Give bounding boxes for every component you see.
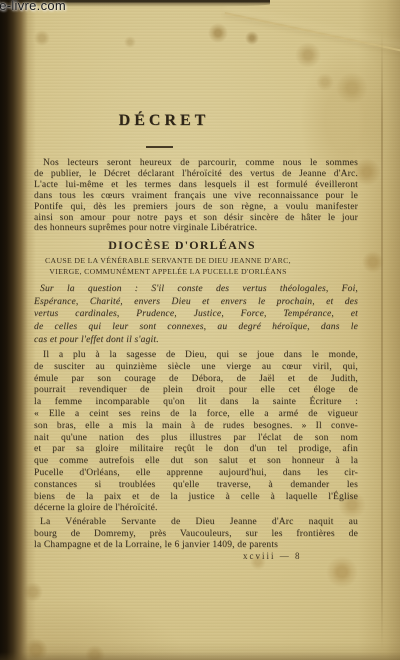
text-line: VIERGE, COMMUNÉMENT APPELÉE LA PUCELLE D… bbox=[6, 266, 330, 277]
intro-paragraph: Nos lecteurs seront heureux de parcourir… bbox=[34, 158, 358, 234]
text-line: vertus cardinales, Prudence, Justice, Fo… bbox=[34, 308, 358, 321]
text-line: CAUSE DE LA VÉNÉRABLE SERVANTE DE DIEU J… bbox=[6, 255, 330, 266]
text-line: Sur la question : S'il conste des vertus… bbox=[34, 283, 358, 296]
text-line: Pontife qui, dès les premiers jours de s… bbox=[34, 202, 358, 213]
text-line: des honneurs suprêmes pour notre virgina… bbox=[34, 223, 358, 234]
text-line: nait qu'une nation des plus illustres pa… bbox=[34, 433, 358, 445]
text-line: décerne la gloire de l'héroïcité. bbox=[34, 503, 358, 515]
book-page: le-livre.com DÉCRET Nos lecteurs seront … bbox=[0, 0, 400, 660]
birth-paragraph: La Vénérable Servante de Dieu Jeanne d'A… bbox=[34, 517, 358, 552]
text-line: de publier, le Décret déclarant l'héroïc… bbox=[34, 169, 358, 180]
text-line: L'acte lui-même et les termes dans lesqu… bbox=[34, 180, 358, 191]
text-line: émule par son courage de Débora, de Jaël… bbox=[34, 374, 358, 386]
text-line: Il a plu à la sagesse de Dieu, qui se jo… bbox=[34, 350, 358, 362]
decree-page-content: DÉCRET Nos lecteurs seront heureux de pa… bbox=[0, 0, 400, 660]
text-line: pourrait revendiquer de plein droit pour… bbox=[34, 385, 358, 397]
diocese-heading: DIOCÈSE D'ORLÉANS bbox=[20, 238, 344, 253]
text-line: la femme incomparable qu'on lit dans la … bbox=[34, 397, 358, 409]
text-line: bourg de Domremy, près Vaucouleurs, sur … bbox=[34, 529, 358, 541]
text-line: de celles qui leur sont connexes, au deg… bbox=[34, 321, 358, 334]
text-line: de susciter au quinzième siècle une vier… bbox=[34, 362, 358, 374]
text-line: la Champagne et de la Lorraine, le 6 jan… bbox=[34, 540, 358, 552]
text-line: que comme autrefois elle dut son salut e… bbox=[34, 456, 358, 468]
text-line: Pucelle d'Orléans, elle apprenne aujourd… bbox=[34, 468, 358, 480]
title-divider-rule bbox=[146, 146, 173, 148]
text-line: Nos lecteurs seront heureux de parcourir… bbox=[34, 158, 358, 169]
text-line: constances si troublées qu'elle traverse… bbox=[34, 480, 358, 492]
text-line: dans tous les cœurs vraiment français un… bbox=[34, 191, 358, 202]
decree-body-paragraph: Il a plu à la sagesse de Dieu, qui se jo… bbox=[34, 350, 358, 515]
text-line: et par sa gloire militaire reçût le don … bbox=[34, 444, 358, 456]
text-line: La Vénérable Servante de Dieu Jeanne d'A… bbox=[34, 517, 358, 529]
text-line: ainsi son amour pour notre pays et son d… bbox=[34, 213, 358, 224]
text-line: « Elle a ceint ses reins de la force, el… bbox=[34, 409, 358, 421]
text-line: biens de la paix et de la justice à cell… bbox=[34, 492, 358, 504]
text-line: Espérance, Charité, envers Dieu et enver… bbox=[34, 296, 358, 309]
text-line: cas et pour l'effet dont il s'agit. bbox=[34, 334, 358, 347]
decree-title: DÉCRET bbox=[2, 112, 326, 130]
question-paragraph: Sur la question : S'il conste des vertus… bbox=[34, 283, 358, 347]
text-line: son bras, elle a mis la main à de rudes … bbox=[34, 421, 358, 433]
cause-subheading: CAUSE DE LA VÉNÉRABLE SERVANTE DE DIEU J… bbox=[6, 255, 330, 277]
page-signature: xcviii — 8 bbox=[243, 551, 302, 561]
